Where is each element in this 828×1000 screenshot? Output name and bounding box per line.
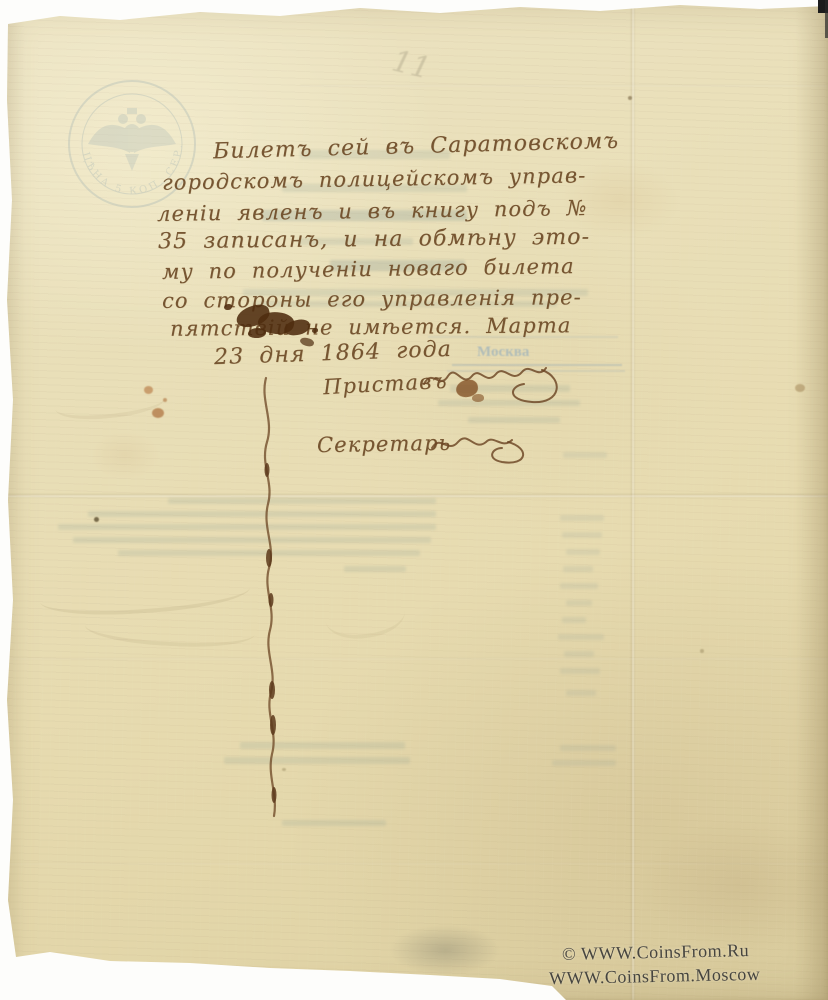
watermark-line2: WWW.CoinsFrom.Moscow — [549, 964, 761, 989]
show-through-line — [562, 532, 602, 538]
show-through-flourish — [84, 608, 256, 651]
show-through-line — [560, 668, 600, 674]
handwriting-date-line: 23 дня 1864 года — [214, 337, 453, 370]
rust-spot — [795, 384, 805, 392]
show-through-flourish — [322, 587, 408, 644]
show-through-line — [564, 651, 594, 657]
handwriting-line: му по полученіи новаго билета — [162, 254, 575, 284]
show-through-line — [58, 524, 436, 530]
handwriting-line: 35 записанъ, и на обмѣну это- — [158, 225, 590, 255]
show-through-line — [563, 566, 593, 572]
show-through-line — [344, 566, 406, 572]
show-through-line — [566, 549, 600, 555]
speck — [282, 768, 286, 771]
rust-spot — [163, 398, 167, 402]
fold-crease-faint — [0, 862, 828, 865]
signature-pristav — [420, 350, 570, 412]
show-through-line — [566, 690, 596, 696]
embossed-seal-double-eagle: ЦѢНА 5 КОП. СЕР. — [60, 72, 205, 217]
stain — [640, 820, 828, 950]
signature-sekretar — [428, 418, 546, 470]
show-through-line — [552, 760, 616, 766]
show-through-line — [282, 820, 386, 826]
show-through-line — [563, 452, 607, 458]
double-eagle-icon — [88, 108, 176, 171]
handwriting-line: пятствій не имѣется. Марта — [170, 313, 572, 341]
fold-crease-faint — [0, 657, 828, 660]
scanned-document: ЦѢНА 5 КОП. СЕР. 11 Москва — [0, 0, 828, 1000]
handwriting-line: городскомъ полицейскомъ управ- — [162, 163, 587, 194]
speck — [94, 517, 99, 522]
speck — [628, 96, 632, 100]
fold-crease-faint — [300, 84, 828, 87]
paper-sheet: ЦѢНА 5 КОП. СЕР. 11 Москва — [0, 0, 828, 1000]
ink-blot-small — [472, 394, 484, 402]
ink-wavy-line — [250, 370, 290, 830]
fold-crease-vertical — [630, 0, 635, 1000]
show-through-line — [168, 498, 436, 504]
stain — [90, 430, 160, 480]
handwriting-line: леніи явленъ и въ книгу подъ № — [157, 196, 588, 226]
show-through-line — [560, 583, 598, 589]
show-through-line — [566, 600, 592, 606]
rust-spot — [152, 408, 164, 418]
show-through-line — [560, 745, 616, 751]
rust-spot — [144, 386, 153, 394]
show-through-line — [560, 515, 604, 521]
smudge-stain — [390, 925, 500, 975]
pencil-mark: 11 — [388, 44, 434, 87]
watermark-line1: © WWW.CoinsFrom.Ru — [562, 940, 750, 965]
handwriting-line: Билетъ сей въ Саратовскомъ — [213, 129, 620, 165]
show-through-line — [558, 634, 604, 640]
speck — [700, 649, 704, 653]
show-through-line — [562, 617, 586, 623]
